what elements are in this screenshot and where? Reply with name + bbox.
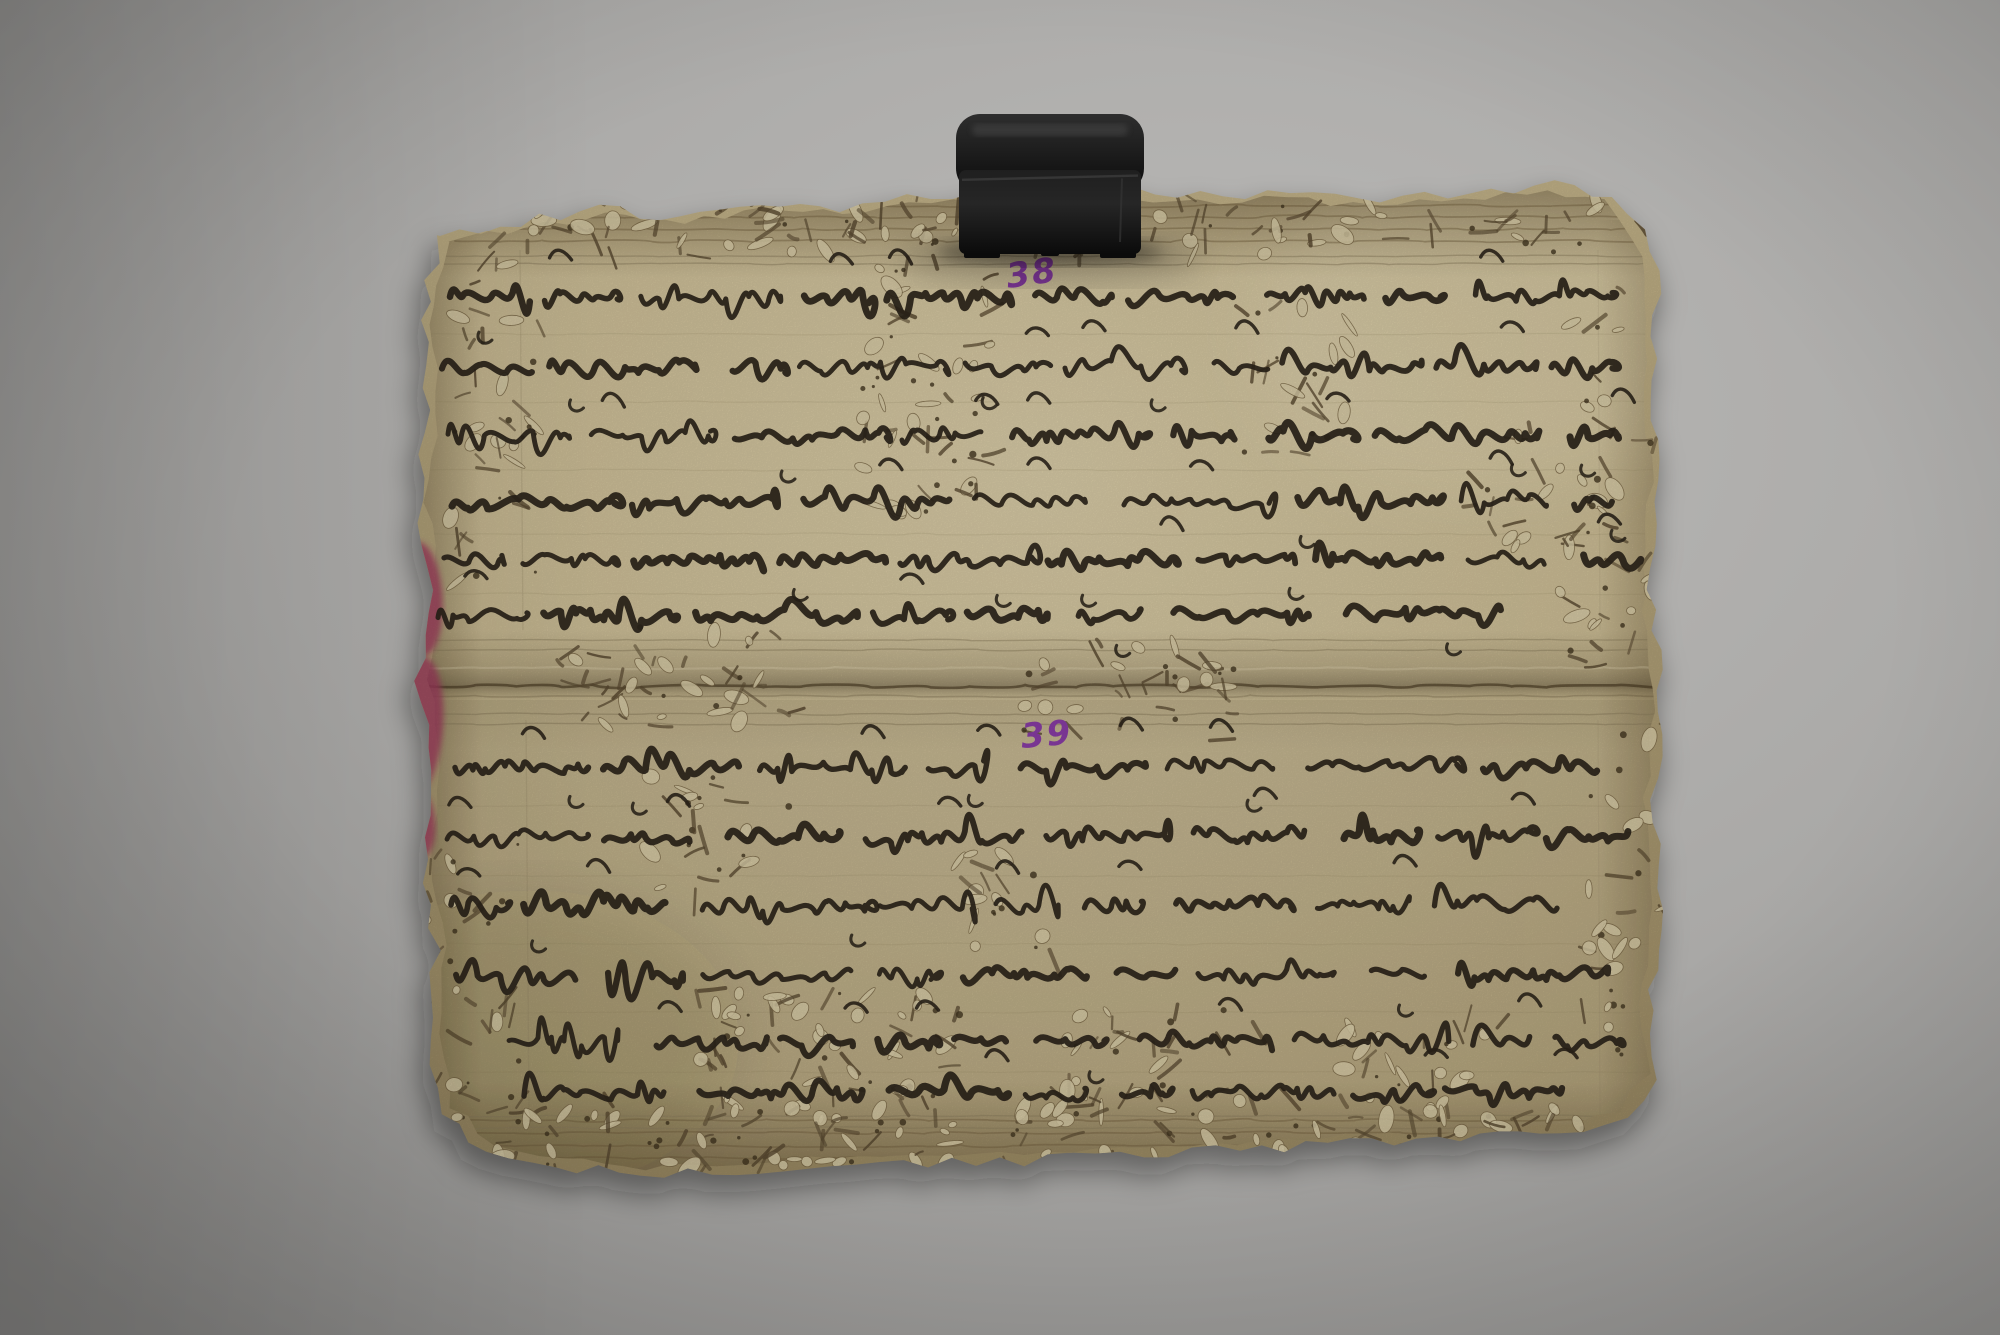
manuscript-photo: 38 39	[0, 0, 2000, 1335]
photo: 38 39	[0, 0, 2000, 1335]
left-shade	[0, 0, 2000, 1335]
